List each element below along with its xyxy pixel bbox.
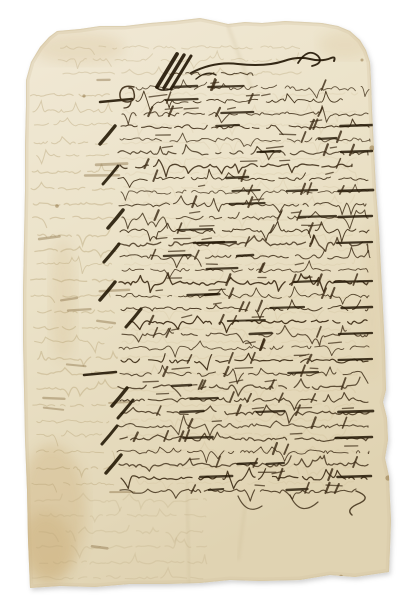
paper-sheet [18,18,391,588]
manuscript-letter-photo [0,0,405,610]
photo-stage [0,0,405,610]
